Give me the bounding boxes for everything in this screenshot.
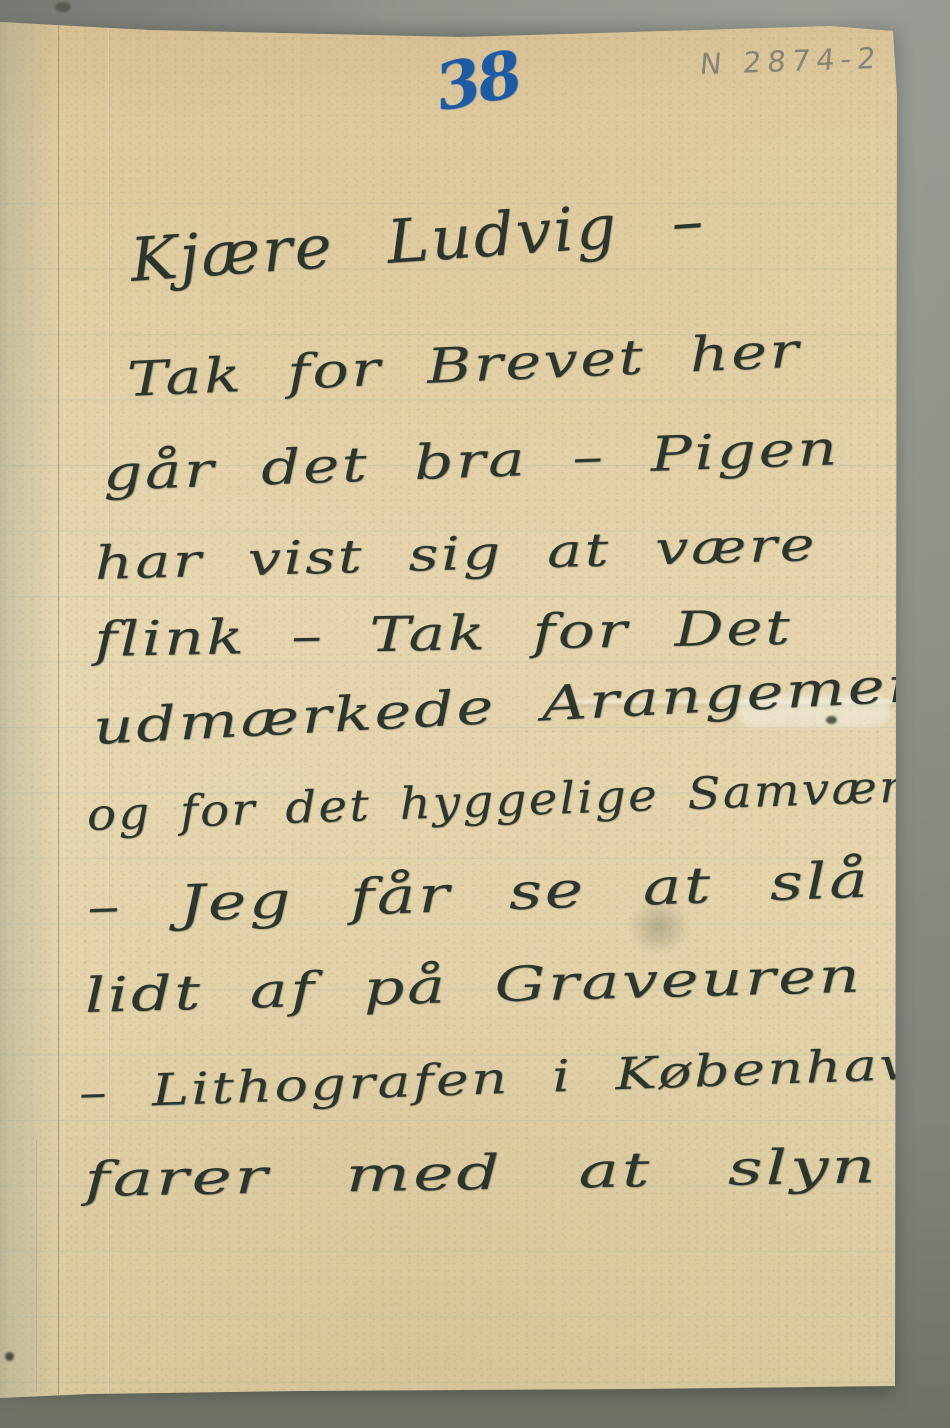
- handwriting-line-1: Kjære Ludvig –: [128, 186, 707, 296]
- backdrop-speck: [55, 2, 71, 12]
- handwriting-line-11: farer med at slyn: [84, 1138, 879, 1208]
- handwriting-line-2: Tak for Brevet her: [126, 323, 802, 408]
- handwriting-line-5: flink – Tak for Det: [94, 600, 793, 668]
- handwriting-line-3: går det bra – Pigen: [102, 420, 840, 502]
- handwriting-line-10: – Lithografen i København: [78, 1038, 950, 1119]
- handwriting-line-6: udmærkede Arangement: [92, 655, 950, 756]
- letter-body: Kjære Ludvig –Tak for Brevet hergår det …: [0, 0, 950, 1428]
- handwriting-line-4: har vist sig at være: [94, 517, 818, 590]
- handwriting-line-8: – Jeg får se at slå: [86, 851, 871, 936]
- handwriting-line-9: lidt af på Graveuren –: [84, 946, 944, 1024]
- handwriting-line-7: og for det hyggelige Samvær –: [86, 760, 950, 841]
- paper-sheet: 38 N 2874-2 Kjære Ludvig –Tak for Brevet…: [0, 0, 950, 1428]
- photo-backdrop: 38 N 2874-2 Kjære Ludvig –Tak for Brevet…: [0, 0, 950, 1428]
